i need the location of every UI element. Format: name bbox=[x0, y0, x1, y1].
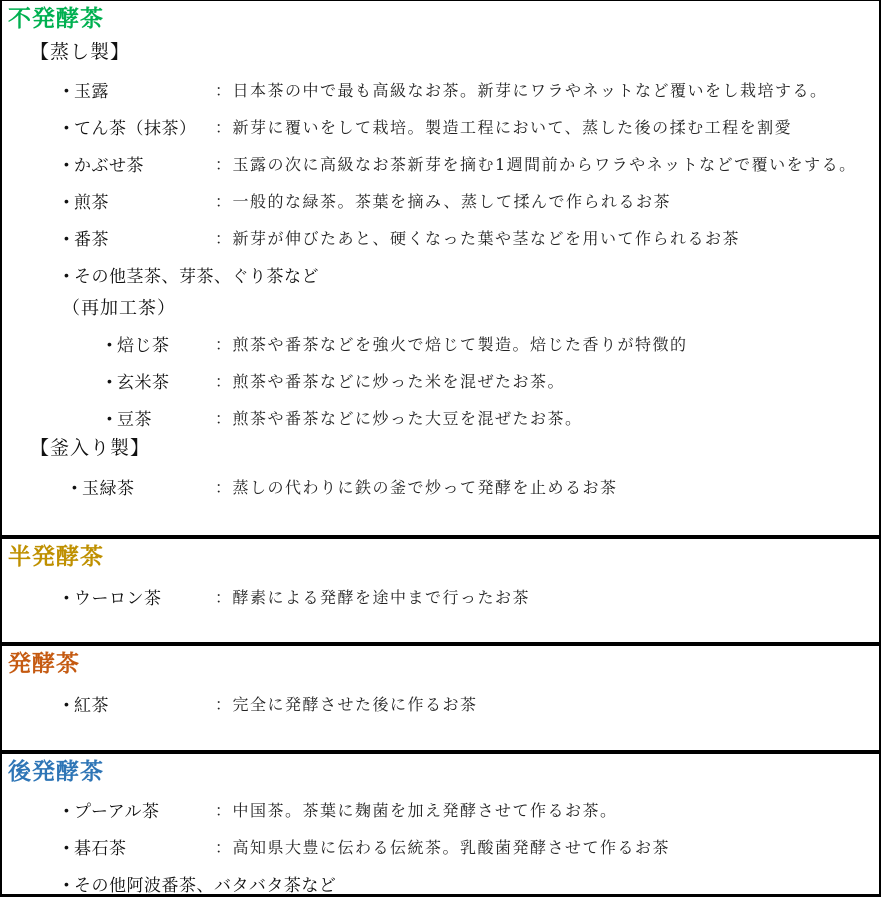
subheading-pan-fired: 【釜入り製】 bbox=[30, 438, 879, 460]
tea-term: プーアル茶 bbox=[74, 797, 215, 822]
tea-row-oolong: • ウーロン茶 ：酵素による発酵を途中まで行ったお茶 bbox=[2, 578, 879, 615]
tea-row-others-post-fermented: • その他阿波番茶、バタバタ茶など bbox=[2, 865, 879, 897]
bullet-marker: • bbox=[64, 839, 74, 855]
bullet-marker: • bbox=[64, 267, 74, 283]
section-title-post-fermented: 後発酵茶 bbox=[8, 757, 879, 785]
bullet-marker: • bbox=[64, 696, 74, 712]
tea-row-gyokuro: • 玉露 ：日本茶の中で最も高級なお茶。新芽にワラやネットなど覆いをし栽培する。 bbox=[2, 71, 879, 108]
tea-term: 煎茶 bbox=[74, 188, 215, 213]
tea-term: その他茎茶、芽茶、ぐり茶など bbox=[74, 262, 319, 287]
tea-term: 豆茶 bbox=[117, 405, 215, 430]
tea-row-kabusecha: • かぶせ茶 ：玉露の次に高級なお茶新芽を摘む1週間前からワラやネットなどで覆い… bbox=[2, 145, 879, 182]
tea-description: ：完全に発酵させた後に作るお茶 bbox=[215, 692, 478, 715]
reprocessed-tea-list: • 焙じ茶 ：煎茶や番茶などを強火で焙じて製造。焙じた香りが特徴的 • 玄米茶 … bbox=[2, 325, 879, 436]
tea-row-hojicha: • 焙じ茶 ：煎茶や番茶などを強火で焙じて製造。焙じた香りが特徴的 bbox=[2, 325, 879, 362]
subheading-steamed: 【蒸し製】 bbox=[30, 42, 879, 64]
bullet-marker: • bbox=[72, 479, 82, 495]
tea-row-puer: • プーアル茶 ：中国茶。茶葉に麹菌を加え発酵させて作るお茶。 bbox=[2, 791, 879, 828]
tea-term: 玉露 bbox=[74, 77, 215, 102]
tea-term: 玉緑茶 bbox=[82, 474, 215, 499]
steamed-tea-list: • 玉露 ：日本茶の中で最も高級なお茶。新芽にワラやネットなど覆いをし栽培する。… bbox=[2, 71, 879, 293]
tea-row-tencha: • てん茶（抹茶） ：新芽に覆いをして栽培。製造工程において、蒸した後の揉む工程… bbox=[2, 108, 879, 145]
tea-term: 番茶 bbox=[74, 225, 215, 250]
bullet-marker: • bbox=[64, 82, 74, 98]
bullet-marker: • bbox=[64, 802, 74, 818]
tea-description: ：一般的な緑茶。茶葉を摘み、蒸して揉んで作られるお茶 bbox=[215, 189, 671, 212]
tea-description: ：高知県大豊に伝わる伝統茶。乳酸菌発酵させて作るお茶 bbox=[215, 835, 670, 858]
bullet-marker: • bbox=[107, 410, 117, 426]
section-unfermented-tea: 不発酵茶 【蒸し製】 • 玉露 ：日本茶の中で最も高級なお茶。新芽にワラやネット… bbox=[0, 0, 881, 537]
post-fermented-tea-list: • プーアル茶 ：中国茶。茶葉に麹菌を加え発酵させて作るお茶。 • 碁石茶 ：高… bbox=[2, 791, 879, 897]
tea-term: ウーロン茶 bbox=[74, 584, 215, 609]
tea-row-mamecha: • 豆茶 ：煎茶や番茶などに炒った大豆を混ぜたお茶。 bbox=[2, 399, 879, 436]
tea-description: ：中国茶。茶葉に麹菌を加え発酵させて作るお茶。 bbox=[215, 798, 618, 821]
tea-term: かぶせ茶 bbox=[74, 151, 215, 176]
tea-description: ：蒸しの代わりに鉄の釜で炒って発酵を止めるお茶 bbox=[215, 475, 618, 498]
tea-term: 焙じ茶 bbox=[117, 331, 215, 356]
tea-row-tamaryokucha: • 玉緑茶 ：蒸しの代わりに鉄の釜で炒って発酵を止めるお茶 bbox=[2, 468, 879, 505]
tea-term: 碁石茶 bbox=[74, 834, 215, 859]
section-fermented-tea: 発酵茶 • 紅茶 ：完全に発酵させた後に作るお茶 bbox=[0, 644, 881, 752]
tea-description: ：日本茶の中で最も高級なお茶。新芽にワラやネットなど覆いをし栽培する。 bbox=[215, 78, 828, 101]
tea-term: てん茶（抹茶） bbox=[74, 114, 215, 139]
tea-row-kocha: • 紅茶 ：完全に発酵させた後に作るお茶 bbox=[2, 685, 879, 722]
note-reprocessed-tea: （再加工茶） bbox=[62, 297, 879, 319]
section-post-fermented-tea: 後発酵茶 • プーアル茶 ：中国茶。茶葉に麹菌を加え発酵させて作るお茶。 • 碁… bbox=[0, 752, 881, 897]
tea-term: 玄米茶 bbox=[117, 368, 215, 393]
tea-row-bancha: • 番茶 ：新芽が伸びたあと、硬くなった葉や茎などを用いて作られるお茶 bbox=[2, 219, 879, 256]
tea-row-sencha: • 煎茶 ：一般的な緑茶。茶葉を摘み、蒸して揉んで作られるお茶 bbox=[2, 182, 879, 219]
tea-row-others-steamed: • その他茎茶、芽茶、ぐり茶など bbox=[2, 256, 879, 293]
tea-description: ：煎茶や番茶などを強火で焙じて製造。焙じた香りが特徴的 bbox=[215, 332, 688, 355]
semi-fermented-tea-list: • ウーロン茶 ：酵素による発酵を途中まで行ったお茶 bbox=[2, 578, 879, 615]
tea-row-goishicha: • 碁石茶 ：高知県大豊に伝わる伝統茶。乳酸菌発酵させて作るお茶 bbox=[2, 828, 879, 865]
tea-description: ：新芽に覆いをして栽培。製造工程において、蒸した後の揉む工程を割愛 bbox=[215, 115, 792, 138]
fermented-tea-list: • 紅茶 ：完全に発酵させた後に作るお茶 bbox=[2, 685, 879, 722]
tea-description: ：酵素による発酵を途中まで行ったお茶 bbox=[215, 585, 530, 608]
section-semi-fermented-tea: 半発酵茶 • ウーロン茶 ：酵素による発酵を途中まで行ったお茶 bbox=[0, 537, 881, 644]
section-title-fermented: 発酵茶 bbox=[8, 649, 879, 677]
pan-fired-tea-list: • 玉緑茶 ：蒸しの代わりに鉄の釜で炒って発酵を止めるお茶 bbox=[2, 468, 879, 505]
tea-term: 紅茶 bbox=[74, 691, 215, 716]
tea-description: ：新芽が伸びたあと、硬くなった葉や茎などを用いて作られるお茶 bbox=[215, 226, 740, 249]
tea-description: ：煎茶や番茶などに炒った大豆を混ぜたお茶。 bbox=[215, 406, 583, 429]
tea-description: ：玉露の次に高級なお茶新芽を摘む1週間前からワラやネットなどで覆いをする。 bbox=[215, 152, 857, 175]
bullet-marker: • bbox=[64, 193, 74, 209]
section-title-semi-fermented: 半発酵茶 bbox=[8, 542, 879, 570]
bullet-marker: • bbox=[64, 119, 74, 135]
tea-description: ：煎茶や番茶などに炒った米を混ぜたお茶。 bbox=[215, 369, 565, 392]
section-title-unfermented: 不発酵茶 bbox=[8, 4, 879, 32]
bullet-marker: • bbox=[64, 876, 74, 892]
tea-row-genmaicha: • 玄米茶 ：煎茶や番茶などに炒った米を混ぜたお茶。 bbox=[2, 362, 879, 399]
bullet-marker: • bbox=[107, 373, 117, 389]
bullet-marker: • bbox=[64, 230, 74, 246]
tea-term: その他阿波番茶、バタバタ茶など bbox=[74, 871, 336, 896]
bullet-marker: • bbox=[64, 589, 74, 605]
bullet-marker: • bbox=[64, 156, 74, 172]
bullet-marker: • bbox=[107, 336, 117, 352]
